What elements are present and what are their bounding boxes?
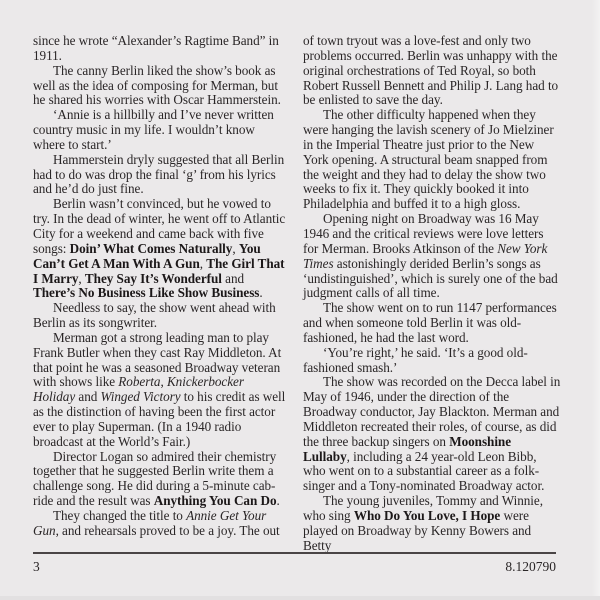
paragraph: Merman got a strong leading man to play … <box>33 331 289 450</box>
paragraph: The young juveniles, Tommy and Winnie, w… <box>303 494 561 553</box>
text-run: The other difficulty happened when they … <box>303 107 554 211</box>
song-title: Who Do You Love, I Hope <box>354 508 500 523</box>
text-run: astonishingly derided Berlin’s songs as … <box>303 256 558 301</box>
paragraph: Berlin wasn’t convinced, but he vowed to… <box>33 197 289 301</box>
paragraph: The other difficulty happened when they … <box>303 108 561 212</box>
text-run: Hammerstein dryly suggested that all Ber… <box>33 152 284 197</box>
text-run: ‘You’re right,’ he said. ‘It’s a good ol… <box>303 345 528 375</box>
paragraph: They changed the title to Annie Get Your… <box>33 509 289 539</box>
paragraph: Needless to say, the show went ahead wit… <box>33 301 289 331</box>
paragraph: since he wrote “Alexander’s Ragtime Band… <box>33 34 289 64</box>
work-title: Roberta <box>118 374 160 389</box>
song-title: Doin’ What Comes Naturally <box>70 241 233 256</box>
page-bottom-edge <box>0 596 600 600</box>
text-run: The show was recorded on the Decca label… <box>303 374 560 448</box>
catalog-number: 8.120790 <box>505 559 556 575</box>
paragraph: The show was recorded on the Decca label… <box>303 375 561 494</box>
song-title: There’s No Business Like Show Business <box>33 285 259 300</box>
text-run: . <box>259 285 262 300</box>
text-run: and <box>222 271 244 286</box>
paragraph: The canny Berlin liked the show’s book a… <box>33 64 289 109</box>
text-run: The canny Berlin liked the show’s book a… <box>33 63 281 108</box>
paragraph: ‘Annie is a hillbilly and I’ve never wri… <box>33 108 289 153</box>
text-run: ‘Annie is a hillbilly and I’ve never wri… <box>33 107 274 152</box>
page-edge <box>592 0 600 600</box>
work-title: Winged Victory <box>101 389 181 404</box>
left-column: since he wrote “Alexander’s Ragtime Band… <box>33 34 289 539</box>
song-title: Anything You Can Do <box>154 493 277 508</box>
paragraph: ‘You’re right,’ he said. ‘It’s a good ol… <box>303 346 561 376</box>
paragraph: of town tryout was a love-fest and only … <box>303 34 561 108</box>
right-column: of town tryout was a love-fest and only … <box>303 34 561 554</box>
text-run: Needless to say, the show went ahead wit… <box>33 300 276 330</box>
text-run: . <box>277 493 280 508</box>
song-title: They Say It’s Wonderful <box>85 271 222 286</box>
text-run: of town tryout was a love-fest and only … <box>303 33 558 107</box>
text-run: and <box>75 389 100 404</box>
footer-rule <box>33 552 556 554</box>
text-run: The show went on to run 1147 performance… <box>303 300 557 345</box>
paragraph: Director Logan so admired their chemistr… <box>33 450 289 509</box>
paragraph: Opening night on Broadway was 16 May 194… <box>303 212 561 301</box>
paragraph: Hammerstein dryly suggested that all Ber… <box>33 153 289 198</box>
text-run: They changed the title to <box>53 508 186 523</box>
text-run: , and rehearsals proved to be a joy. The… <box>56 523 280 538</box>
text-run: since he wrote “Alexander’s Ragtime Band… <box>33 33 279 63</box>
page-number: 3 <box>33 559 40 575</box>
paragraph: The show went on to run 1147 performance… <box>303 301 561 346</box>
